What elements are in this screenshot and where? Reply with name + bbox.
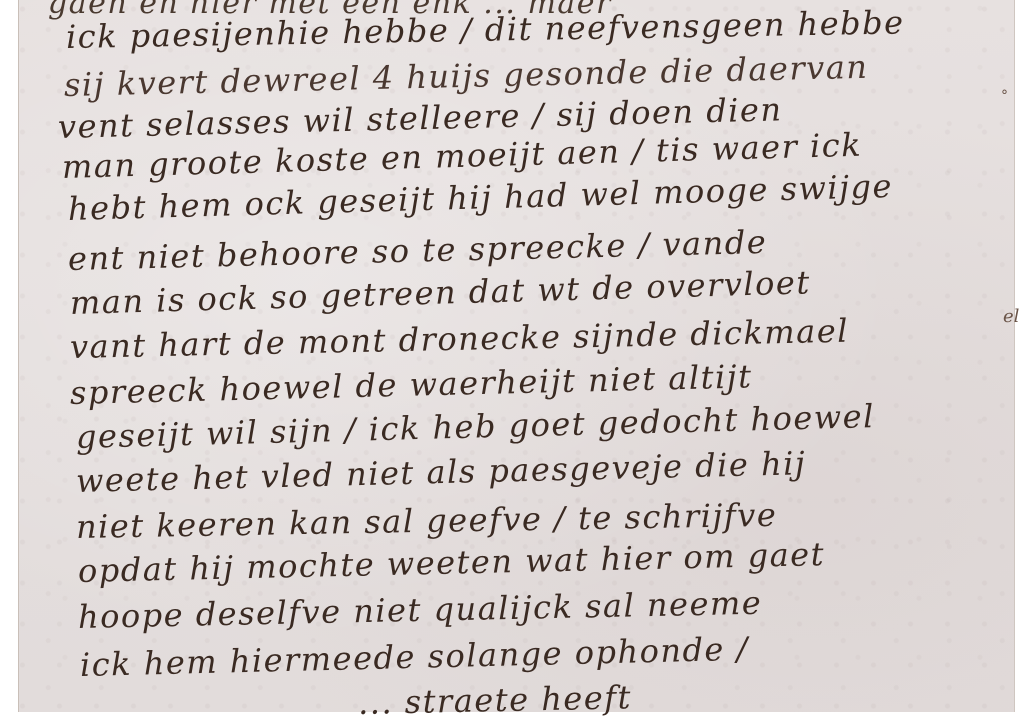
manuscript-line: hoope deselfve niet qualijck sal neeme [78,584,763,636]
manuscript-line: ... straete heeft [358,678,633,712]
interlinear-insertion: el [1003,306,1019,327]
margin-mark: ° [1001,88,1008,104]
manuscript-page: gaen en hier met een enk ... maer ick pa… [18,0,1015,712]
manuscript-line: ick hem hiermeede solange ophonde / [80,630,750,684]
